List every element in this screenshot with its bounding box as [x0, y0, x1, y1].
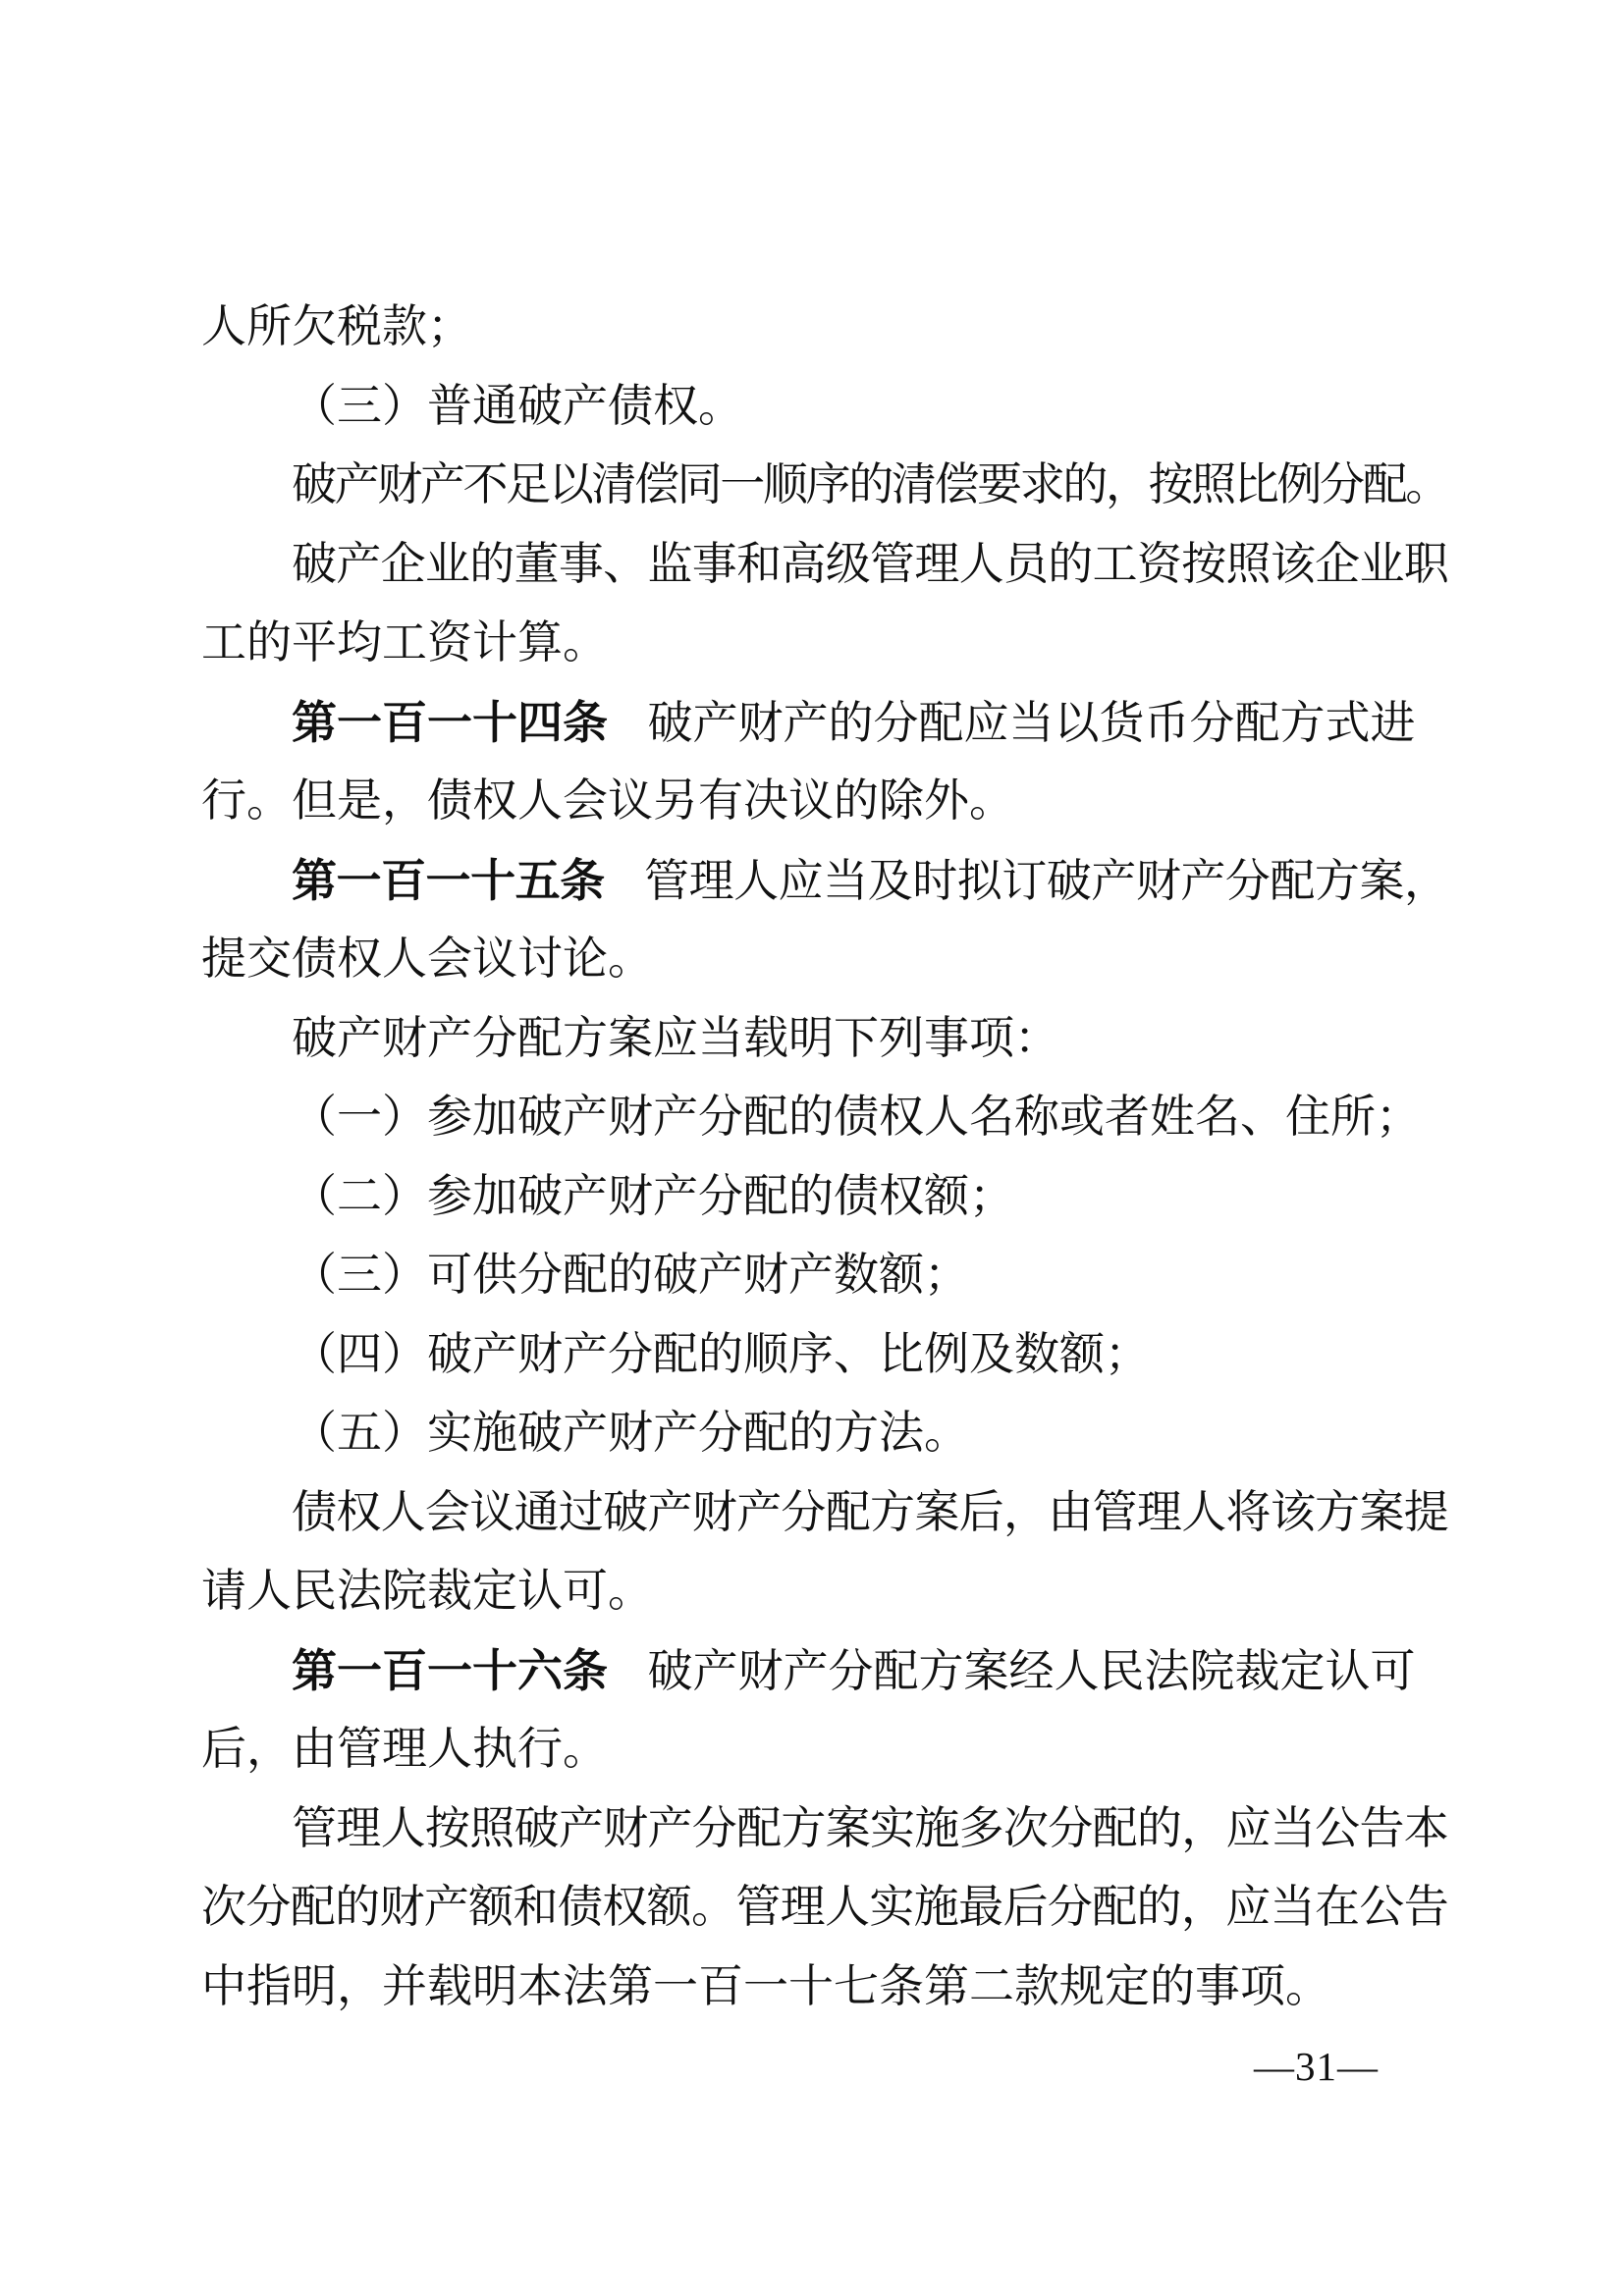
text-line: 请人民法院裁定认可。: [201, 1552, 1448, 1631]
line-text: 后，由管理人执行。: [201, 1724, 608, 1774]
line-text: （四）破产财产分配的顺序、比例及数额；: [292, 1329, 1150, 1379]
line-text: 破产财产的分配应当以货币分配方式进: [647, 698, 1415, 748]
line-text: 人所欠税款；: [201, 301, 472, 351]
line-text: 破产财产分配方案应当载明下列事项：: [292, 1013, 1059, 1063]
text-line: 第一百一十五条管理人应当及时拟订破产财产分配方案，: [201, 841, 1448, 921]
text-line: 管理人按照破产财产分配方案实施多次分配的，应当公告本: [201, 1789, 1448, 1869]
article-number: 第一百一十四条: [292, 697, 608, 748]
line-text: 破产企业的董事、监事和高级管理人员的工资按照该企业职: [292, 539, 1448, 589]
page-number: —31—: [1254, 2044, 1379, 2089]
text-line: 行。但是，债权人会议另有决议的除外。: [201, 762, 1448, 841]
line-text: （二）参加破产财产分配的债权额；: [292, 1171, 1014, 1221]
text-line: （三）可供分配的破产财产数额；: [201, 1236, 1448, 1315]
line-text: 请人民法院裁定认可。: [201, 1566, 653, 1616]
line-text: 破产财产不足以清偿同一顺序的清偿要求的，按照比例分配。: [292, 459, 1448, 509]
text-line: 提交债权人会议讨论。: [201, 920, 1448, 999]
text-line: （三）普通破产债权。: [201, 367, 1448, 447]
text-line: 破产财产不足以清偿同一顺序的清偿要求的，按照比例分配。: [201, 446, 1448, 525]
text-line: 破产企业的董事、监事和高级管理人员的工资按照该企业职: [201, 525, 1448, 605]
document-page: 人所欠税款；（三）普通破产债权。破产财产不足以清偿同一顺序的清偿要求的，按照比例…: [0, 0, 1624, 2296]
document-body: 人所欠税款；（三）普通破产债权。破产财产不足以清偿同一顺序的清偿要求的，按照比例…: [201, 288, 1448, 2026]
line-text: 工的平均工资计算。: [201, 617, 608, 667]
text-line: （五）实施破产财产分配的方法。: [201, 1394, 1448, 1473]
line-text: 破产财产分配方案经人民法院裁定认可: [647, 1646, 1415, 1696]
line-text: 中指明，并载明本法第一百一十七条第二款规定的事项。: [201, 1961, 1330, 2011]
text-line: 债权人会议通过破产财产分配方案后，由管理人将该方案提: [201, 1473, 1448, 1553]
line-text: （一）参加破产财产分配的债权人名称或者姓名、住所；: [292, 1092, 1421, 1142]
text-line: 人所欠税款；: [201, 288, 1448, 367]
article-number: 第一百一十六条: [292, 1645, 608, 1696]
line-text: 提交债权人会议讨论。: [201, 934, 653, 984]
line-text: （三）可供分配的破产财产数额；: [292, 1250, 969, 1300]
text-line: 第一百一十六条破产财产分配方案经人民法院裁定认可: [201, 1631, 1448, 1711]
text-line: 破产财产分配方案应当载明下列事项：: [201, 999, 1448, 1079]
line-text: 行。但是，债权人会议另有决议的除外。: [201, 775, 1014, 826]
text-line: 次分配的财产额和债权额。管理人实施最后分配的，应当在公告: [201, 1868, 1448, 1948]
text-line: 工的平均工资计算。: [201, 604, 1448, 683]
text-line: （四）破产财产分配的顺序、比例及数额；: [201, 1315, 1448, 1395]
text-line: （二）参加破产财产分配的债权额；: [201, 1157, 1448, 1237]
line-text: （三）普通破产债权。: [292, 381, 743, 431]
text-line: 中指明，并载明本法第一百一十七条第二款规定的事项。: [201, 1948, 1448, 2027]
line-text: 管理人按照破产财产分配方案实施多次分配的，应当公告本: [292, 1803, 1448, 1853]
article-number: 第一百一十五条: [292, 855, 605, 906]
line-text: 债权人会议通过破产财产分配方案后，由管理人将该方案提: [292, 1487, 1448, 1537]
line-text: （五）实施破产财产分配的方法。: [292, 1408, 969, 1458]
text-line: （一）参加破产财产分配的债权人名称或者姓名、住所；: [201, 1078, 1448, 1157]
text-line: 后，由管理人执行。: [201, 1710, 1448, 1789]
text-line: 第一百一十四条破产财产的分配应当以货币分配方式进: [201, 683, 1448, 763]
line-text: 管理人应当及时拟订破产财产分配方案，: [644, 856, 1448, 906]
line-text: 次分配的财产额和债权额。管理人实施最后分配的，应当在公告: [201, 1882, 1448, 1932]
